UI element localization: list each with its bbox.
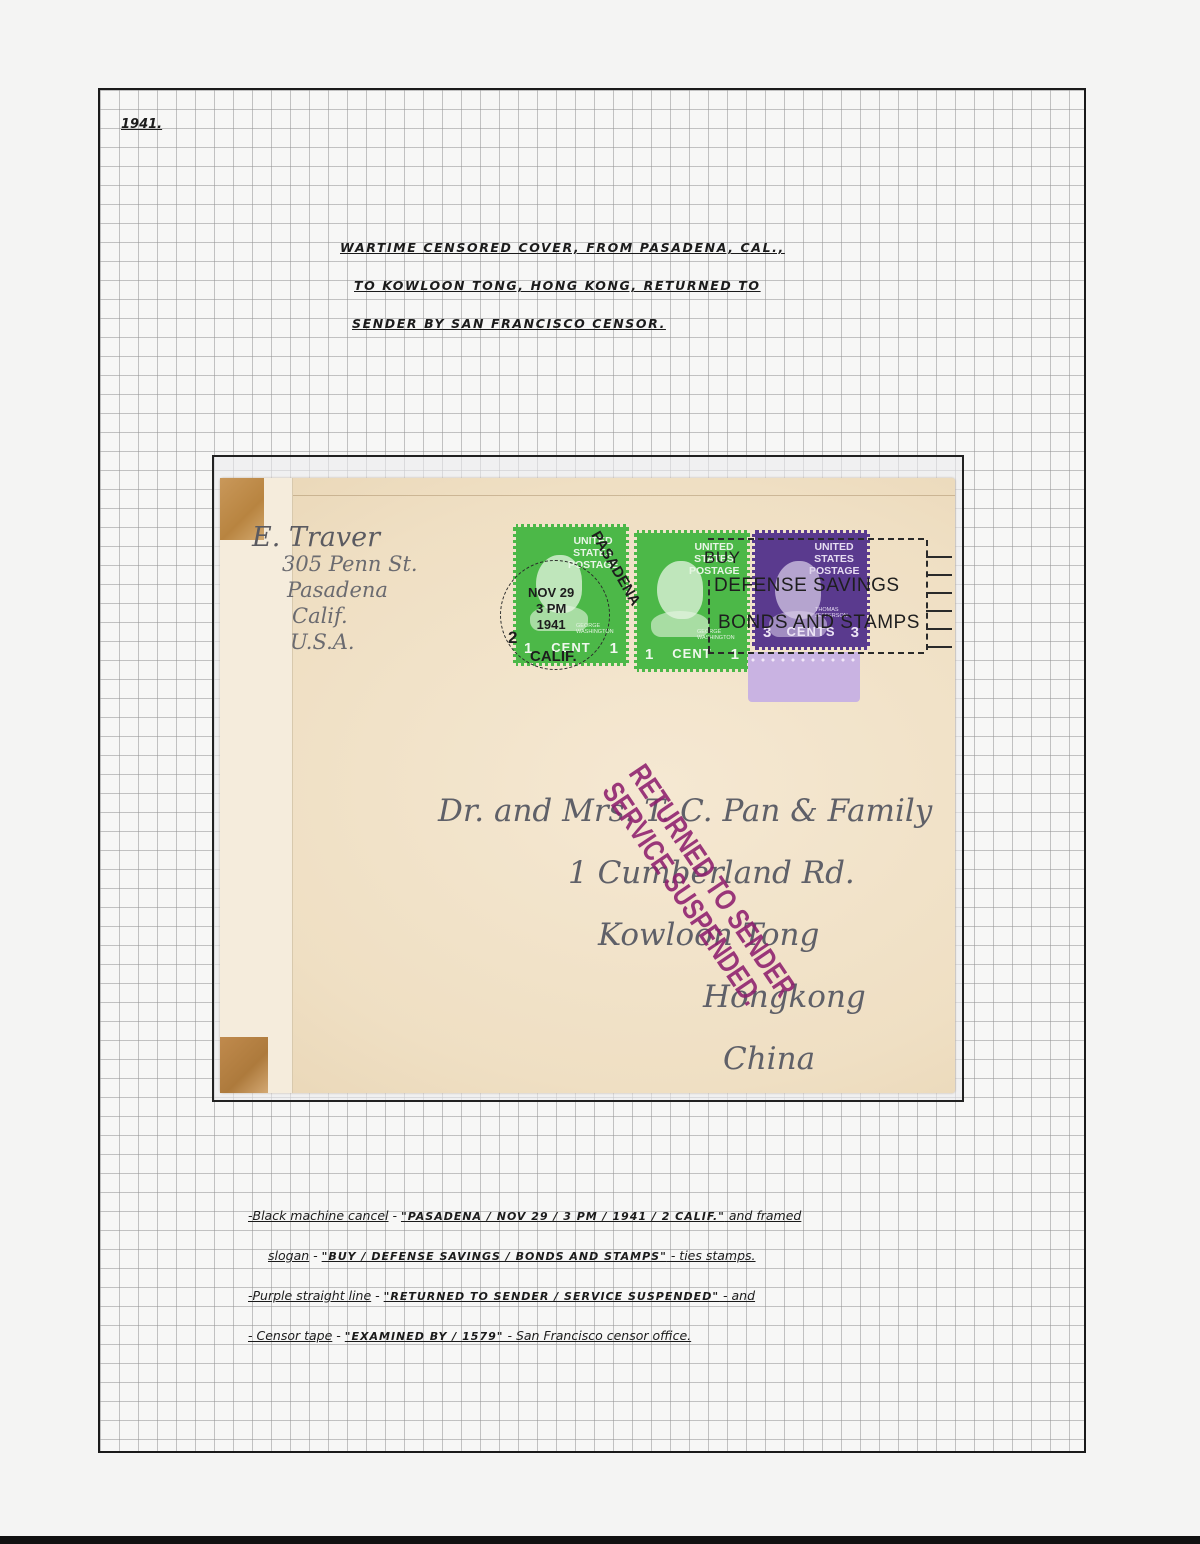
note-sep: - xyxy=(332,1328,344,1343)
value-unit: CENT xyxy=(672,646,711,663)
note-tail: - San Francisco censor office. xyxy=(504,1328,692,1343)
note-sep: - xyxy=(309,1248,321,1263)
page-title: WARTIME CENSORED COVER, FROM PASADENA, C… xyxy=(340,238,785,352)
slogan-line-1: BUY xyxy=(704,548,740,568)
recipient-street: 1 Cumberland Rd. xyxy=(568,842,932,904)
perforation-dots xyxy=(748,658,860,662)
note-quote: "RETURNED TO SENDER / SERVICE SUSPENDED" xyxy=(384,1290,719,1303)
postmark-datetime: NOV 29 3 PM 1941 xyxy=(528,585,574,633)
note-label: -Black machine cancel xyxy=(248,1208,389,1223)
note-line: slogan - "BUY / DEFENSE SAVINGS / BONDS … xyxy=(268,1248,756,1263)
postmark-station: 2 xyxy=(508,628,517,648)
sender-street: 305 Penn St. xyxy=(282,551,418,577)
note-quote: "EXAMINED BY / 1579" xyxy=(345,1330,504,1343)
value-right: 1 xyxy=(610,640,618,657)
postmark-year: 1941 xyxy=(528,617,574,633)
note-label: -Purple straight line xyxy=(248,1288,371,1303)
note-quote: "PASADENA / NOV 29 / 3 PM / 1941 / 2 CAL… xyxy=(401,1210,725,1223)
note-tail: and framed xyxy=(725,1208,801,1223)
note-sep: - xyxy=(371,1288,383,1303)
note-label: - Censor tape xyxy=(248,1328,332,1343)
sender-name: E. Traver xyxy=(252,525,418,551)
sender-address: E. Traver 305 Penn St. Pasadena Calif. U… xyxy=(252,525,418,655)
note-label: slogan xyxy=(268,1248,309,1263)
note-line: -Purple straight line - "RETURNED TO SEN… xyxy=(248,1288,755,1303)
title-line-1: WARTIME CENSORED COVER, FROM PASADENA, C… xyxy=(340,238,785,276)
note-line: -Black machine cancel - "PASADENA / NOV … xyxy=(248,1208,801,1223)
year-label: 1941. xyxy=(121,117,162,132)
value-left: 1 xyxy=(645,646,653,663)
note-quote: "BUY / DEFENSE SAVINGS / BONDS AND STAMP… xyxy=(322,1250,667,1263)
note-tail: - ties stamps. xyxy=(667,1248,756,1263)
slogan-line-3: BONDS AND STAMPS xyxy=(718,612,920,634)
postmark-state: CALIF. xyxy=(530,648,577,665)
envelope-fold xyxy=(220,495,955,496)
postmark-time: 3 PM xyxy=(528,601,574,617)
title-line-3: SENDER BY SAN FRANCISCO CENSOR. xyxy=(340,314,785,352)
sender-city: Pasadena xyxy=(287,577,418,603)
note-tail: - and xyxy=(719,1288,755,1303)
stamp-selvage xyxy=(748,652,860,702)
slogan-line-2: DEFENSE SAVINGS xyxy=(714,575,900,597)
note-line: - Censor tape - "EXAMINED BY / 1579" - S… xyxy=(248,1328,691,1343)
postmark-date: NOV 29 xyxy=(528,585,574,601)
sender-state: Calif. xyxy=(292,603,418,629)
note-sep: - xyxy=(389,1208,401,1223)
sender-country: U.S.A. xyxy=(290,629,418,655)
scan-edge xyxy=(0,1536,1200,1544)
cancel-bars xyxy=(926,540,952,650)
title-line-2: TO KOWLOON TONG, HONG KONG, RETURNED TO xyxy=(340,276,785,314)
tape-hinge-bottom xyxy=(220,1037,268,1093)
